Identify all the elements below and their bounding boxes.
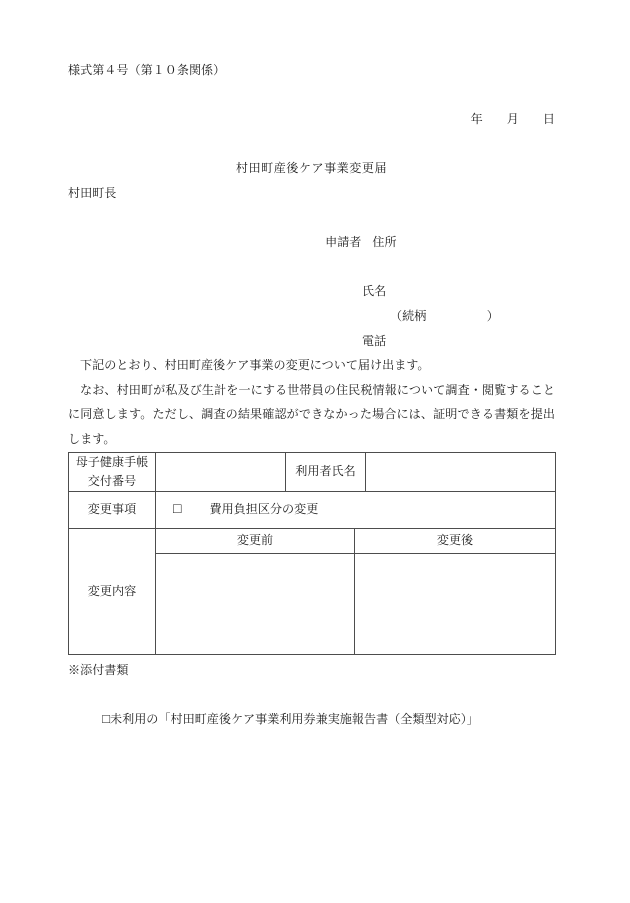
date-month-label: 月 xyxy=(507,107,519,132)
change-item-label: 変更事項 xyxy=(69,491,156,528)
fee-category-change-checkbox[interactable]: □ xyxy=(173,502,181,517)
date-line: 年月日 xyxy=(68,83,555,157)
handbook-number-label: 母子健康手帳 交付番号 xyxy=(69,452,156,491)
form-number: 様式第４号（第１０条関係） xyxy=(68,58,555,83)
date-year-label: 年 xyxy=(471,112,483,126)
consent-paragraph: なお、村田町が私及び生計を一にする世帯員の住民税情報について調査・閲覧すること … xyxy=(68,378,555,452)
document-page: 様式第４号（第１０条関係） 年月日 村田町産後ケア事業変更届 村田町長 申請者住… xyxy=(0,0,630,903)
name-label: 氏名 xyxy=(362,279,555,304)
fee-category-change-label: 費用負担区分の変更 xyxy=(209,502,318,516)
handbook-number-field[interactable] xyxy=(156,452,286,491)
unused-report-label: 未利用の「村田町産後ケア事業利用券兼実施報告書（全類型対応）」 xyxy=(110,712,479,726)
unused-report-checkbox[interactable]: □ xyxy=(102,711,110,726)
applicant-label: 申請者 xyxy=(325,235,361,249)
phone-label: 電話 xyxy=(362,329,555,354)
date-day-label: 日 xyxy=(543,107,555,132)
before-change-field[interactable] xyxy=(156,554,354,654)
declaration-paragraph: 下記のとおり、村田町産後ケア事業の変更について届け出ます。 xyxy=(68,353,555,378)
after-change-header: 変更後 xyxy=(354,529,555,554)
consent-paragraph-line-3: します。 xyxy=(68,427,555,452)
attachments-heading: ※添付書類 xyxy=(68,658,555,683)
address-label: 住所 xyxy=(372,230,396,255)
user-name-label: 利用者氏名 xyxy=(286,452,366,491)
consent-paragraph-line-2: に同意します。ただし、調査の結果確認ができなかった場合には、証明できる書類を提出 xyxy=(68,402,555,427)
page-title: 村田町産後ケア事業変更届 xyxy=(68,156,555,181)
after-change-field[interactable] xyxy=(354,554,555,654)
table-row: 変更事項 □費用負担区分の変更 xyxy=(69,491,556,528)
applicant-address-line: 申請者住所 xyxy=(313,206,555,280)
addressee: 村田町長 xyxy=(68,181,555,206)
change-item-option-cell: □費用負担区分の変更 xyxy=(156,491,556,528)
relation-label: （続柄 ） xyxy=(390,304,555,329)
user-name-field[interactable] xyxy=(366,452,556,491)
table-row: 母子健康手帳 交付番号 利用者氏名 xyxy=(69,452,556,491)
before-change-header: 変更前 xyxy=(156,529,354,554)
change-form-table: 母子健康手帳 交付番号 利用者氏名 変更事項 □費用負担区分の変更 変更内容 変… xyxy=(68,452,556,655)
attachments-section: ※添付書類 □未利用の「村田町産後ケア事業利用券兼実施報告書（全類型対応）」 xyxy=(68,658,555,756)
change-detail-label: 変更内容 xyxy=(69,528,156,654)
consent-paragraph-line-1: なお、村田町が私及び生計を一にする世帯員の住民税情報について調査・閲覧すること xyxy=(68,378,555,403)
before-after-grid: 変更前 変更後 xyxy=(156,529,555,654)
attachment-item-line: □未利用の「村田町産後ケア事業利用券兼実施報告書（全類型対応）」 xyxy=(84,682,555,756)
change-detail-cell: 変更前 変更後 xyxy=(156,528,556,654)
table-row: 変更内容 変更前 変更後 xyxy=(69,528,556,654)
